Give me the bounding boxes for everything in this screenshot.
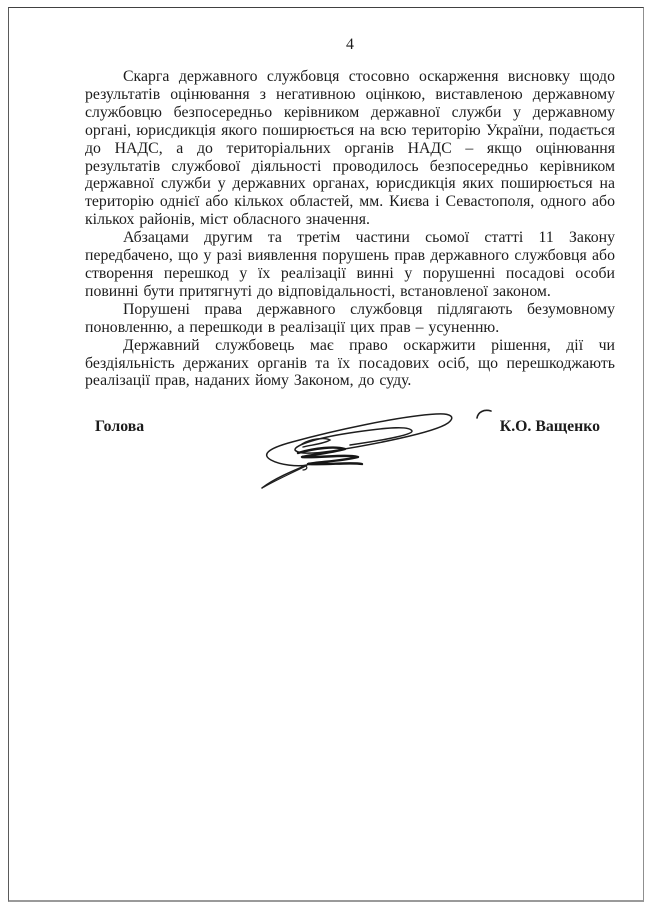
paragraph: Скарга державного службовця стосовно оск… bbox=[85, 68, 615, 229]
paragraph: Державний службовець має право оскаржити… bbox=[85, 337, 615, 391]
document-page: 4 Скарга державного службовця стосовно о… bbox=[0, 0, 650, 911]
page-content: 4 Скарга державного службовця стосовно о… bbox=[85, 36, 615, 436]
page-number: 4 bbox=[85, 36, 615, 54]
signatory-title: Голова bbox=[95, 418, 144, 436]
signatory-name: К.О. Ващенко bbox=[500, 418, 600, 436]
paragraph: Порушені права державного службовця підл… bbox=[85, 301, 615, 337]
paragraph: Абзацами другим та третім частини сьомої… bbox=[85, 229, 615, 301]
signature-row: Голова К.О. Ващенко bbox=[85, 418, 615, 436]
body-text: Скарга державного службовця стосовно оск… bbox=[85, 68, 615, 390]
